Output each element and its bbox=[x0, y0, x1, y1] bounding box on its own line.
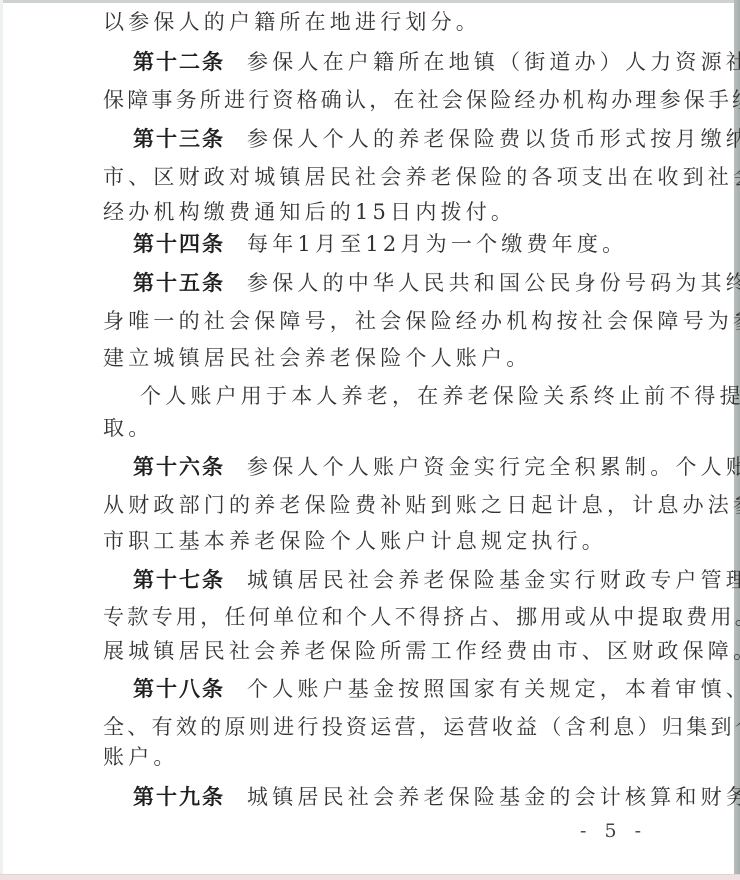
line-text: 经办机构缴费通知后的15日内拨付。 bbox=[103, 200, 516, 224]
article-14: 第十四条每年1月至12月为一个缴费年度。 bbox=[133, 230, 627, 258]
article-text: 参保人的中华人民共和国公民身份号码为其终 bbox=[247, 271, 740, 295]
article-heading: 第十五条 bbox=[133, 271, 225, 295]
text-line: 从财政部门的养老保险费补贴到账之日起计息，计息办法参照本 bbox=[103, 491, 740, 519]
article-16: 第十六条参保人个人账户资金实行完全积累制。个人账户 bbox=[133, 453, 740, 481]
line-text: 身唯一的社会保障号，社会保险经办机构按社会保障号为参保人 bbox=[103, 309, 740, 333]
article-text: 城镇居民社会养老保险基金的会计核算和财务 bbox=[247, 785, 740, 809]
article-text: 每年1月至12月为一个缴费年度。 bbox=[247, 232, 627, 256]
article-text: 参保人在户籍所在地镇（街道办）人力资源社会 bbox=[247, 50, 740, 74]
article-18: 第十八条个人账户基金按照国家有关规定，本着审慎、安 bbox=[133, 675, 740, 703]
line-text: 专款专用，任何单位和个人不得挤占、挪用或从中提取费用。开 bbox=[103, 605, 740, 629]
document-page: 以参保人的户籍所在地进行划分。 第十二条参保人在户籍所在地镇（街道办）人力资源社… bbox=[0, 0, 734, 874]
article-12: 第十二条参保人在户籍所在地镇（街道办）人力资源社会 bbox=[133, 48, 740, 76]
article-13: 第十三条参保人个人的养老保险费以货币形式按月缴纳， bbox=[133, 125, 740, 153]
line-text: 取。 bbox=[103, 416, 153, 440]
article-text: 参保人个人的养老保险费以货币形式按月缴纳， bbox=[247, 127, 740, 151]
line-text: 保障事务所进行资格确认，在社会保险经办机构办理参保手续。 bbox=[103, 88, 740, 112]
line-text: 账户。 bbox=[103, 745, 179, 769]
text-line: 账户。 bbox=[103, 743, 179, 771]
text-line: 展城镇居民社会养老保险所需工作经费由市、区财政保障。 bbox=[103, 637, 740, 665]
article-text: 参保人个人账户资金实行完全积累制。个人账户 bbox=[247, 455, 740, 479]
paragraph-line: 个人账户用于本人养老，在养老保险关系终止前不得提前支 bbox=[140, 382, 740, 410]
line-text: 展城镇居民社会养老保险所需工作经费由市、区财政保障。 bbox=[103, 639, 740, 663]
text-line: 以参保人的户籍所在地进行划分。 bbox=[103, 8, 481, 36]
article-17: 第十七条城镇居民社会养老保险基金实行财政专户管理， bbox=[133, 566, 740, 594]
article-heading: 第十二条 bbox=[133, 50, 225, 74]
scan-border-bottom bbox=[0, 874, 740, 880]
article-heading: 第十八条 bbox=[133, 677, 225, 701]
article-heading: 第十六条 bbox=[133, 455, 225, 479]
line-text: 全、有效的原则进行投资运营，运营收益（含利息）归集到个人 bbox=[103, 715, 740, 739]
text-line: 全、有效的原则进行投资运营，运营收益（含利息）归集到个人 bbox=[103, 713, 740, 741]
article-heading: 第十九条 bbox=[133, 785, 225, 809]
line-text: 建立城镇居民社会养老保险个人账户。 bbox=[103, 346, 531, 370]
line-text: 市职工基本养老保险个人账户计息规定执行。 bbox=[103, 529, 607, 553]
article-heading: 第十三条 bbox=[133, 127, 225, 151]
article-text: 个人账户基金按照国家有关规定，本着审慎、安 bbox=[247, 677, 740, 701]
article-heading: 第十四条 bbox=[133, 232, 225, 256]
line-text: 从财政部门的养老保险费补贴到账之日起计息，计息办法参照本 bbox=[103, 493, 740, 517]
text-line: 保障事务所进行资格确认，在社会保险经办机构办理参保手续。 bbox=[103, 86, 740, 114]
article-heading: 第十七条 bbox=[133, 568, 225, 592]
article-text: 城镇居民社会养老保险基金实行财政专户管理， bbox=[247, 568, 740, 592]
text-line: 市职工基本养老保险个人账户计息规定执行。 bbox=[103, 527, 607, 555]
text-line: 取。 bbox=[103, 414, 153, 442]
text-line: 经办机构缴费通知后的15日内拨付。 bbox=[103, 198, 516, 226]
line-text: 以参保人的户籍所在地进行划分。 bbox=[103, 10, 481, 34]
line-text: 个人账户用于本人养老，在养老保险关系终止前不得提前支 bbox=[140, 384, 740, 408]
line-text: 市、区财政对城镇居民社会养老保险的各项支出在收到社会保险 bbox=[103, 165, 740, 189]
text-line: 建立城镇居民社会养老保险个人账户。 bbox=[103, 344, 531, 372]
text-line: 市、区财政对城镇居民社会养老保险的各项支出在收到社会保险 bbox=[103, 163, 740, 191]
article-19: 第十九条城镇居民社会养老保险基金的会计核算和财务 bbox=[133, 783, 740, 811]
text-line: 身唯一的社会保障号，社会保险经办机构按社会保障号为参保人 bbox=[103, 307, 740, 335]
article-15: 第十五条参保人的中华人民共和国公民身份号码为其终 bbox=[133, 269, 740, 297]
text-line: 专款专用，任何单位和个人不得挤占、挪用或从中提取费用。开 bbox=[103, 603, 740, 631]
page-number: - 5 - bbox=[580, 820, 647, 842]
